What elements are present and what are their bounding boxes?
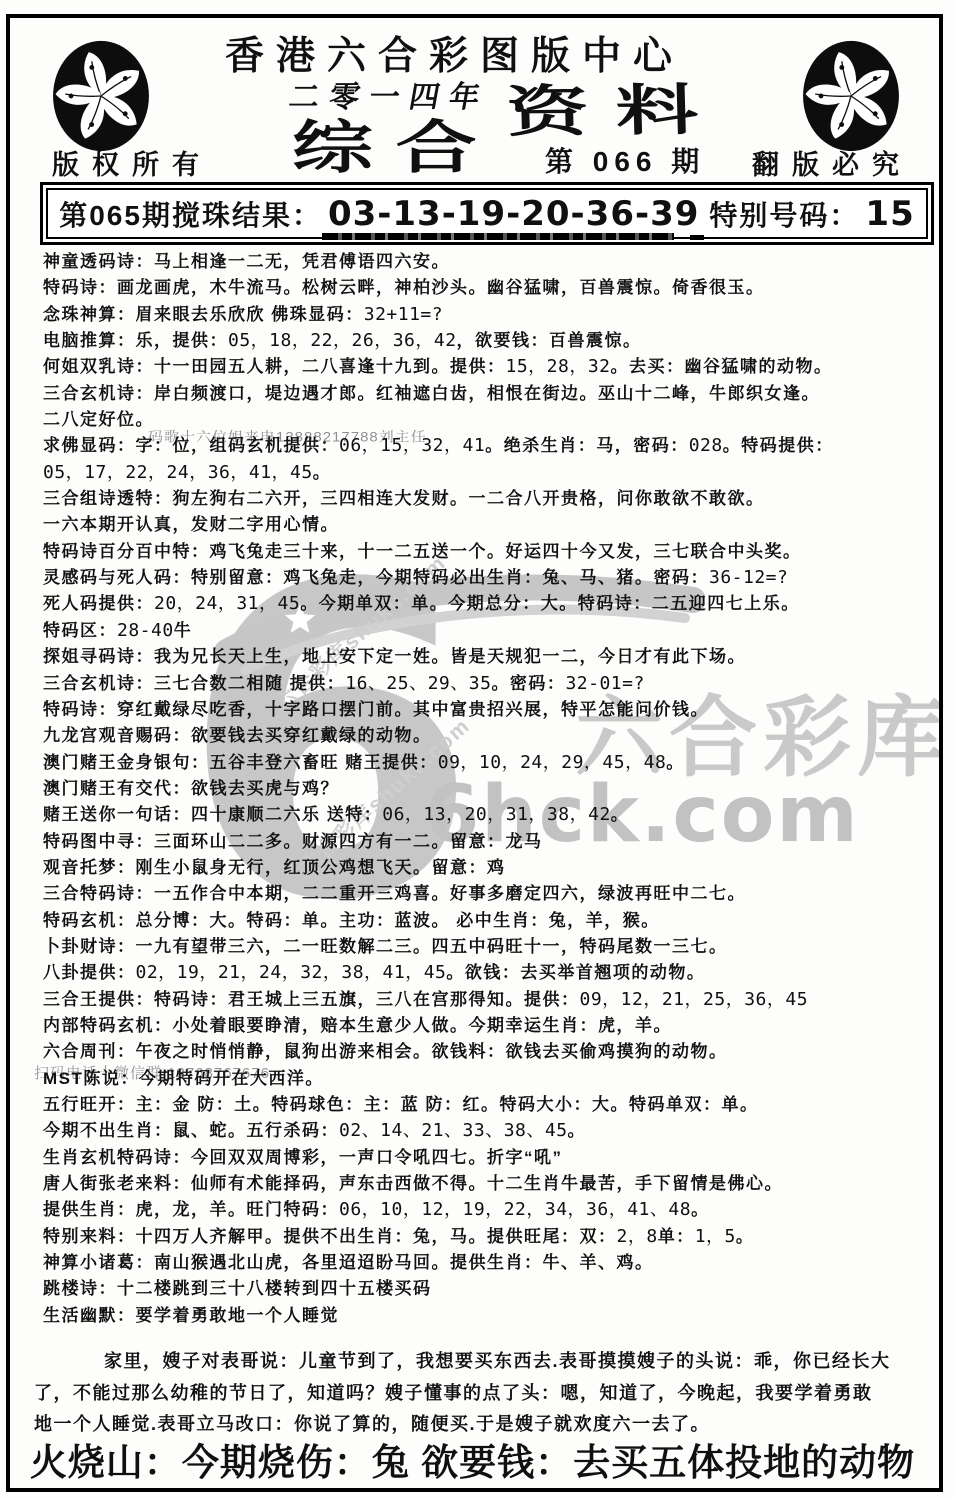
tip-line: 特码玄机：总分博：大。特码：单。主功：蓝波。 必中生肖：兔，羊，猴。 [43, 908, 940, 934]
tip-line: 神算小诸葛：南山猴遇北山虎，各里迢迢盼马回。提供生肖：牛、羊、鸡。 [43, 1250, 940, 1276]
tip-line: 跳楼诗：十二楼跳到三十八楼转到四十五楼买码 [43, 1276, 940, 1302]
copyright-right: 翻版必究 [752, 143, 912, 182]
bauhinia-flower-logo-right [800, 38, 902, 154]
tip-line: MST陈说：今期特码开在大西洋。 [43, 1066, 940, 1092]
tip-line: 电脑推算：乐，提供：05，18，22，26，36，42，欲要钱：百兽震惊。 [43, 328, 940, 354]
tip-line: 05，17，22，24，36，41，45。 [43, 460, 940, 486]
tip-line: 生肖玄机特码诗：今回双双周博彩，一声口令吼四七。折字“吼” [43, 1145, 940, 1171]
tip-line: 特码诗百分百中特：鸡飞兔走三十来，十一二五送一个。好运四十今又发，三七联合中头奖… [43, 539, 940, 565]
tip-line: 九龙宫观音赐码：欲要钱去买穿红戴绿的动物。 [43, 723, 940, 749]
tip-line: 观音托梦：刚生小鼠身无行，红顶公鸡想飞天。留意：鸡 [43, 855, 940, 881]
tip-line: 三合玄机诗：岸白频渡口，堤边遇才郎。红袖遮白齿，相恨在街边。巫山十二峰，牛郎织女… [43, 381, 940, 407]
tip-line: 二八定好位。 [43, 407, 940, 433]
tip-line: 今期不出生肖：鼠、蛇。五行杀码：02、14、21、33、38、45。 [43, 1118, 940, 1144]
tip-line: 三合组诗透特：狗左狗右二六开，三四相连大发财。一二合八开贵格，问你敢欲不敢欲。 [43, 486, 940, 512]
tip-line: 神童透码诗：马上相逢一二无，凭君傅语四六安。 [43, 249, 940, 275]
tip-line: 生活幽默：要学着勇敢地一个人睡觉 [43, 1303, 940, 1329]
tip-line: 澳门赌王金身银句：五谷丰登六畜旺 赌王提供：09，10，24，29，45，48。 [43, 750, 940, 776]
issue-number: 第 066 期 [545, 140, 705, 180]
draw-result-label: 第065期搅珠结果： [59, 194, 322, 234]
tip-line: 三合玄机诗：三七合数二相随 提供：16、25、29、35。密码：32-01=? [43, 671, 940, 697]
tip-line: 特别来料：十四万人齐解甲。提供不出生肖：兔，马。提供旺尾：双：2，8单：1，5。 [43, 1224, 940, 1250]
special-number-value: 15 [865, 194, 914, 234]
tip-line: 特码诗：穿红戴绿尽吃香，十字路口摆门前。其中富贵招兴展，特平怎能问价钱。 [43, 697, 940, 723]
ink-smudge [690, 235, 704, 240]
ink-smudge [322, 233, 674, 240]
copyright-left: 版权所有 [52, 143, 212, 182]
draw-result-numbers: 03-13-19-20-36-39 [328, 194, 699, 234]
tips-list: 神童透码诗：马上相逢一二无，凭君傅语四六安。特码诗：画龙画虎，木牛流马。松树云畔… [43, 249, 940, 1329]
tip-line: 内部特码玄机：小处着眼要睁清，赔本生意少人做。今期幸运生肖：虎，羊。 [43, 1013, 940, 1039]
humor-story-line: 了，不能过那么幼稚的节日了，知道吗？嫂子懂事的点了头：嗯，知道了，今晚起，我要学… [34, 1378, 939, 1410]
tip-line: 唐人街张老来料：仙师有术能择码，声东击西做不得。十二生肖牛最苦，手下留情是佛心。 [43, 1171, 940, 1197]
draw-result-inner: 第065期搅珠结果： 03-13-19-20-36-39 特别号码： 15 [46, 188, 928, 239]
humor-story-line: 家里，嫂子对表哥说：儿童节到了，我想要买东西去.表哥摸摸嫂子的头说：乖，你已经长… [34, 1346, 939, 1378]
special-number-label: 特别号码： [709, 194, 859, 234]
tip-line: 念珠神算：眉来眼去乐欣欣 佛珠显码：32+11=? [43, 302, 940, 328]
tip-line: 探姐寻码诗：我为兄长天上生，地上安下定一姓。皆是天规犯一二，今日才有此下场。 [43, 644, 940, 670]
tip-line: 灵感码与死人码：特别留意：鸡飞兔走，今期特码必出生肖：兔、马、猪。密码：36-1… [43, 565, 940, 591]
tip-line: 五行旺开：主：金 防：土。特码球色：主：蓝 防：红。特码大小：大。特码单双：单。 [43, 1092, 940, 1118]
tip-line: 特码图中寻：三面环山二二多。财源四方有一二。留意：龙马 [43, 829, 940, 855]
tip-line: 卜卦财诗：一九有望带三六，二一旺数解二三。四五中码旺十一，特码尾数一三七。 [43, 934, 940, 960]
tip-line: 特码诗：画龙画虎，木牛流马。松树云畔，神柏沙头。幽谷猛啸，百兽震惊。倚香很玉。 [43, 275, 940, 301]
tip-line: 求佛显码：字：位，组码玄机提供：06，15，32，41。绝杀生肖：马，密码：02… [43, 433, 940, 459]
tip-line: 死人码提供：20，24，31，45。今期单双：单。今期总分：大。特码诗：二五迎四… [43, 591, 940, 617]
footer-banner: 火烧山：今期烧伤：兔 欲要钱：去买五体投地的动物 [10, 1432, 935, 1486]
humor-story: 家里，嫂子对表哥说：儿童节到了，我想要买东西去.表哥摸摸嫂子的头说：乖，你已经长… [34, 1346, 939, 1441]
tip-line: 何姐双乳诗：十一田园五人耕，二八喜逢十九到。提供：15，28，32。去买：幽谷猛… [43, 354, 940, 380]
header-big-title-right: 资料 [505, 65, 726, 147]
tip-line: 三合特码诗：一五作合中本期，二二重开三鸡喜。好事多磨定四六，绿波再旺中二七。 [43, 881, 940, 907]
header-big-title-left: 综合 [292, 102, 499, 184]
tip-line: 特码区：28-40牛 [43, 618, 940, 644]
tip-line: 一六本期开认真，发财二字用心情。 [43, 512, 940, 538]
tip-line: 六合周刊：午夜之时悄悄静，鼠狗出游来相会。欲钱料：欲钱去买偷鸡摸狗的动物。 [43, 1039, 940, 1065]
tip-line: 八卦提供：02，19，21，24，32，38，41，45。欲钱：去买举首翘项的动… [43, 960, 940, 986]
tip-line: 提供生肖：虎，龙，羊。旺门特码：06，10，12，19，22，34，36，41、… [43, 1197, 940, 1223]
tip-line: 澳门赌王有交代：欲钱去买虎与鸡？ [43, 776, 940, 802]
tip-line: 三合王提供：特码诗：君王城上三五旗，三八在宫那得知。提供：09，12，21，25… [43, 987, 940, 1013]
bauhinia-flower-logo-left [50, 38, 152, 154]
tip-line: 赌王送你一句话：四十康顺二六乐 送特：06，13，20，31，38，42。 [43, 802, 940, 828]
